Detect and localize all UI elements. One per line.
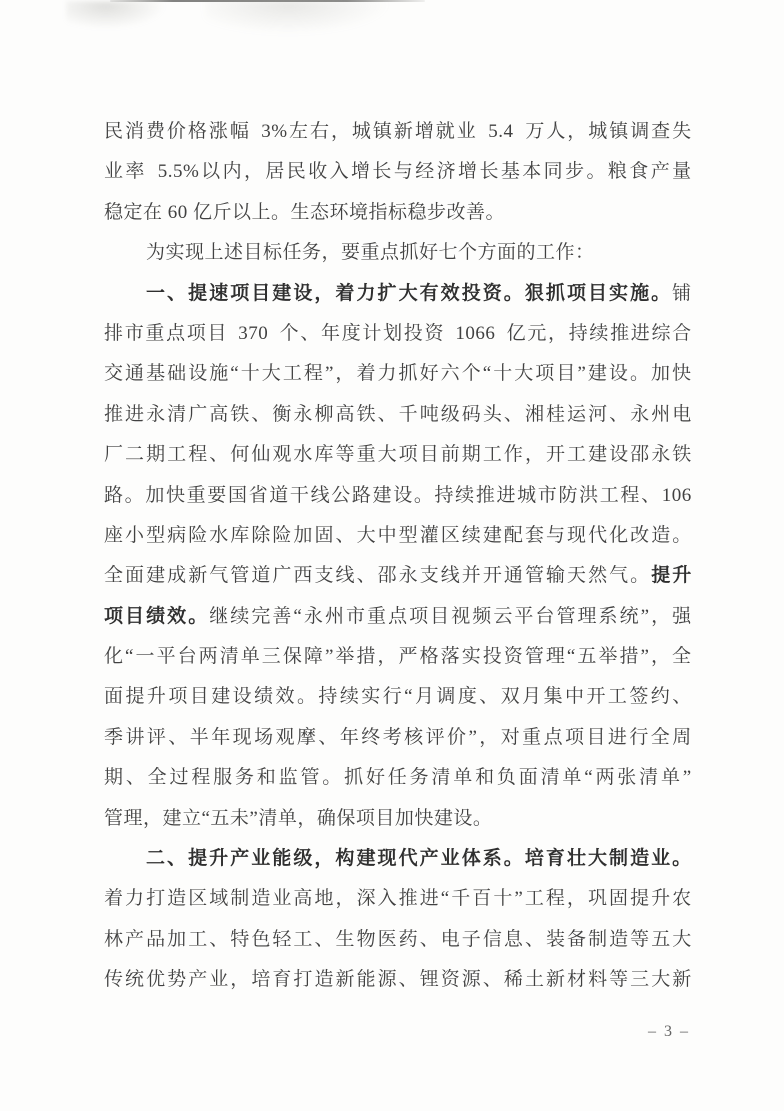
glyph: “ xyxy=(483,354,492,394)
glyph: 推 xyxy=(399,879,419,919)
glyph: 能 xyxy=(357,960,377,1000)
text-segment: 为实现上述目标任务，要重点抓好七个方面的工作： xyxy=(146,242,595,263)
glyph: 造 xyxy=(651,516,671,556)
text-line: 期、全过程服务和监管。抓好任务清单和负面清单“两张清单” xyxy=(104,758,692,798)
glyph: 、 xyxy=(525,920,545,960)
glyph: 制 xyxy=(609,839,629,879)
glyph: 目 xyxy=(190,677,210,717)
glyph: 。 xyxy=(297,677,317,717)
glyph: 业 xyxy=(441,839,461,879)
glyph: 通 xyxy=(504,556,524,596)
glyph: 划 xyxy=(383,314,403,354)
glyph: 续 xyxy=(589,314,609,354)
glyph: 运 xyxy=(567,395,587,435)
glyph: 观 xyxy=(272,435,292,475)
glyph: 进 xyxy=(631,314,651,354)
glyph: 永 xyxy=(304,597,324,637)
glyph: 摩 xyxy=(297,718,317,758)
glyph: 监 xyxy=(279,758,299,798)
glyph: 面 xyxy=(125,556,145,596)
glyph: 签 xyxy=(629,677,649,717)
glyph: 106 xyxy=(662,476,692,516)
glyph: 等 xyxy=(609,960,629,1000)
glyph: 永 xyxy=(399,556,419,596)
text-segment: 稳定在 60 亿斤以上。生态环境指标稳步改善。 xyxy=(104,202,505,223)
glyph: 固 xyxy=(609,879,629,919)
glyph: 平 xyxy=(514,597,534,637)
text-line: 业率5.5%以内，居民收入增长与经济增长基本同步。粮食产量 xyxy=(104,152,692,192)
glyph: 障 xyxy=(304,637,324,677)
glyph: 现 xyxy=(378,839,398,879)
glyph: 务 xyxy=(235,758,255,798)
glyph: 增 xyxy=(415,112,435,152)
glyph: 打 xyxy=(146,879,166,919)
glyph: 城 xyxy=(352,112,372,152)
glyph: 十 xyxy=(493,879,513,919)
glyph: 目 xyxy=(251,274,271,314)
glyph: 与 xyxy=(394,152,414,192)
glyph: 面 xyxy=(519,758,539,798)
glyph: 续 xyxy=(340,677,360,717)
glyph: 五 xyxy=(651,920,671,960)
glyph: 通 xyxy=(125,354,145,394)
glyph: 项 xyxy=(399,435,419,475)
glyph: 厂 xyxy=(104,435,124,475)
text-line: 着力打造区域制造业高地，深入推进“千百十”工程，巩固提升农 xyxy=(104,879,692,919)
glyph: 提 xyxy=(188,274,208,314)
glyph: 广 xyxy=(188,395,208,435)
glyph: 查 xyxy=(651,112,671,152)
glyph: 新 xyxy=(546,960,566,1000)
glyph: 化 xyxy=(104,637,124,677)
glyph: 项 xyxy=(535,354,555,394)
glyph: 力 xyxy=(125,879,145,919)
glyph: 清 xyxy=(639,758,659,798)
glyph: 工 xyxy=(188,920,208,960)
glyph: 推 xyxy=(476,476,496,516)
glyph: 新 xyxy=(394,112,414,152)
glyph: 气 xyxy=(209,556,229,596)
text-line: 项目绩效。继续完善“永州市重点项目视频云平台管理系统”，强 xyxy=(104,597,692,637)
glyph: 行 xyxy=(383,677,403,717)
glyph: 续 xyxy=(455,476,475,516)
glyph: 基 xyxy=(146,354,166,394)
glyph: 工 xyxy=(483,435,503,475)
glyph: 永 xyxy=(651,435,671,475)
glyph: 5.4 xyxy=(488,112,513,152)
glyph: 周 xyxy=(672,718,692,758)
glyph: 业 xyxy=(457,112,477,152)
text-line: 林产品加工、特色轻工、生物医药、电子信息、装备制造等五大 xyxy=(104,920,692,960)
glyph: 持 xyxy=(318,677,338,717)
glyph: 域 xyxy=(209,879,229,919)
glyph: 工 xyxy=(167,435,187,475)
glyph: “ xyxy=(567,637,576,677)
glyph: 灌 xyxy=(420,516,440,556)
glyph: 行 xyxy=(629,718,649,758)
glyph: 培 xyxy=(251,960,271,1000)
text-line: 一、提速项目建设，着力扩大有效投资。狠抓项目实施。铺 xyxy=(104,274,692,314)
glyph: 水 xyxy=(293,435,313,475)
glyph: 、 xyxy=(336,516,356,556)
glyph: 核 xyxy=(404,718,424,758)
glyph: 级 xyxy=(293,839,313,879)
glyph: 施 xyxy=(630,274,650,314)
glyph: 小 xyxy=(125,516,145,556)
glyph: 统 xyxy=(620,597,640,637)
glyph: 六 xyxy=(441,354,461,394)
glyph: 十 xyxy=(493,354,513,394)
glyph: 措 xyxy=(619,637,639,677)
glyph: 。 xyxy=(672,516,692,556)
glyph: 评 xyxy=(426,718,446,758)
glyph: 本 xyxy=(522,152,542,192)
glyph: 新 xyxy=(188,556,208,596)
glyph: 然 xyxy=(588,556,608,596)
glyph: 产 xyxy=(188,960,208,1000)
glyph: 改 xyxy=(630,516,650,556)
glyph: 加 xyxy=(167,920,187,960)
glyph: ， xyxy=(336,879,356,919)
glyph: 中 xyxy=(378,516,398,556)
glyph: 继 xyxy=(209,597,229,637)
glyph: 月 xyxy=(522,677,542,717)
glyph: 加 xyxy=(145,476,165,516)
glyph: 格 xyxy=(188,112,208,152)
glyph: 。 xyxy=(630,556,650,596)
glyph: 云 xyxy=(493,597,513,637)
glyph: 三 xyxy=(262,637,282,677)
glyph: 率 xyxy=(125,152,145,192)
glyph: 城 xyxy=(588,112,608,152)
glyph: 快 xyxy=(672,354,692,394)
glyph: 二 xyxy=(125,435,145,475)
glyph: 、 xyxy=(357,556,377,596)
glyph: ， xyxy=(244,152,264,192)
glyph: 传 xyxy=(104,960,124,1000)
glyph: 、 xyxy=(251,395,271,435)
glyph: 、 xyxy=(483,960,503,1000)
glyph: 强 xyxy=(672,597,692,637)
glyph xyxy=(269,314,278,354)
text-line: 面提升项目建设绩效。持续实行“月调度、双月集中开工签约、 xyxy=(104,677,692,717)
glyph: 个 xyxy=(462,354,482,394)
glyph: “ xyxy=(293,597,302,637)
glyph: 1066 xyxy=(455,314,495,354)
glyph: 居 xyxy=(265,152,285,192)
text-line: 民消费价格涨幅3%左右，城镇新增就业5.4万人，城镇调查失 xyxy=(104,112,692,152)
glyph: 州 xyxy=(651,395,671,435)
glyph: 期 xyxy=(146,435,166,475)
glyph: 深 xyxy=(357,879,377,919)
glyph: 工 xyxy=(293,920,313,960)
glyph: 构 xyxy=(335,839,355,879)
glyph: 全 xyxy=(651,718,671,758)
glyph: 镇 xyxy=(373,112,393,152)
glyph: 、 xyxy=(168,718,188,758)
glyph: 理 xyxy=(578,597,598,637)
glyph: 、 xyxy=(504,395,524,435)
glyph: 提 xyxy=(630,879,650,919)
glyph: 千 xyxy=(399,395,419,435)
glyph: 视 xyxy=(451,597,471,637)
glyph: 提 xyxy=(125,677,145,717)
glyph: 持 xyxy=(569,314,589,354)
glyph: 五 xyxy=(577,637,597,677)
glyph: 建 xyxy=(272,274,292,314)
glyph: 物 xyxy=(357,920,377,960)
text-line: 稳定在 60 亿斤以上。生态环境指标稳步改善。 xyxy=(104,193,692,233)
page-number: – 3 – xyxy=(648,1022,690,1042)
glyph: 抓 xyxy=(546,274,566,314)
text-line: 排市重点项目370个、年度计划投资1066亿元，持续推进综合 xyxy=(104,314,692,354)
glyph: 大 xyxy=(262,354,282,394)
glyph: 力 xyxy=(356,274,376,314)
glyph: 高 xyxy=(209,395,229,435)
glyph: 终 xyxy=(361,718,381,758)
glyph: 务 xyxy=(410,758,430,798)
glyph: “ xyxy=(230,354,239,394)
glyph: 提 xyxy=(188,839,208,879)
glyph: 、 xyxy=(167,839,187,879)
glyph: 药 xyxy=(399,920,419,960)
glyph: 月 xyxy=(415,677,435,717)
glyph: 西 xyxy=(293,556,313,596)
glyph: 资 xyxy=(441,960,461,1000)
glyph: 消 xyxy=(125,112,145,152)
glyph xyxy=(228,314,237,354)
glyph: 考 xyxy=(383,718,403,758)
glyph: 体 xyxy=(462,839,482,879)
glyph: 施 xyxy=(209,354,229,394)
glyph: “ xyxy=(584,758,593,798)
glyph: 级 xyxy=(441,395,461,435)
glyph: 张 xyxy=(617,758,637,798)
glyph: 着 xyxy=(335,274,355,314)
glyph: 高 xyxy=(336,395,356,435)
glyph: 开 xyxy=(483,556,503,596)
glyph: 装 xyxy=(546,920,566,960)
glyph: 。 xyxy=(414,476,434,516)
glyph: 资 xyxy=(504,637,524,677)
glyph: 元 xyxy=(527,314,547,354)
glyph: 3% xyxy=(261,112,287,152)
glyph: 目 xyxy=(207,314,227,354)
glyph: 工 xyxy=(567,435,587,475)
glyph: 续 xyxy=(230,597,250,637)
glyph: 讲 xyxy=(125,718,145,758)
glyph: 项 xyxy=(230,274,250,314)
glyph: 过 xyxy=(169,758,189,798)
glyph: ， xyxy=(314,839,334,879)
glyph: 加 xyxy=(293,516,313,556)
glyph: 程 xyxy=(620,476,640,516)
glyph: 市 xyxy=(538,476,558,516)
glyph: 大 xyxy=(399,274,419,314)
glyph: 程 xyxy=(546,879,566,919)
glyph: 制 xyxy=(230,879,250,919)
glyph: 项 xyxy=(567,274,587,314)
glyph: 。 xyxy=(322,758,342,798)
glyph: 步 xyxy=(565,152,585,192)
glyph: 狠 xyxy=(525,274,545,314)
glyph: 路 xyxy=(352,476,372,516)
glyph: 项 xyxy=(187,314,207,354)
glyph: 城 xyxy=(517,476,537,516)
glyph: 推 xyxy=(104,395,124,435)
glyph: 续 xyxy=(462,516,482,556)
glyph: 源 xyxy=(462,960,482,1000)
glyph: 清 xyxy=(541,758,561,798)
glyph: 清 xyxy=(167,395,187,435)
glyph: 、 xyxy=(300,314,320,354)
glyph: 育 xyxy=(546,839,566,879)
glyph: 国 xyxy=(228,476,248,516)
glyph: 要 xyxy=(207,476,227,516)
glyph: 资 xyxy=(483,274,503,314)
glyph: 套 xyxy=(525,516,545,556)
glyph: 建 xyxy=(588,435,608,475)
glyph: 5.5% xyxy=(158,152,200,192)
glyph: 险 xyxy=(188,516,208,556)
glyph: 单 xyxy=(562,758,582,798)
glyph: ， xyxy=(230,960,250,1000)
glyph: ” xyxy=(468,718,477,758)
glyph: 育 xyxy=(272,960,292,1000)
glyph: 工 xyxy=(600,476,620,516)
glyph: 道 xyxy=(269,476,289,516)
glyph: 新 xyxy=(672,960,692,1000)
glyph: ， xyxy=(548,314,568,354)
glyph: 、 xyxy=(672,677,692,717)
glyph: 。 xyxy=(125,476,145,516)
glyph: 度 xyxy=(458,677,478,717)
glyph: 项 xyxy=(409,597,429,637)
glyph: 负 xyxy=(497,758,517,798)
glyph: 信 xyxy=(483,920,503,960)
glyph: 重 xyxy=(522,718,542,758)
glyph: 度 xyxy=(342,314,362,354)
glyph: 柳 xyxy=(314,395,334,435)
glyph: 现 xyxy=(567,516,587,556)
glyph: 效 xyxy=(167,597,187,637)
glyph: 湘 xyxy=(525,395,545,435)
glyph: 电 xyxy=(672,395,692,435)
glyph: ， xyxy=(651,637,671,677)
glyph: 期 xyxy=(462,435,482,475)
glyph: 量 xyxy=(672,152,692,192)
glyph: 产 xyxy=(651,152,671,192)
glyph: 产 xyxy=(230,839,250,879)
glyph: 代 xyxy=(399,839,419,879)
glyph: 座 xyxy=(104,516,124,556)
glyph: 建 xyxy=(373,476,393,516)
glyph: ” xyxy=(683,758,692,798)
glyph: 重 xyxy=(357,435,377,475)
glyph: 完 xyxy=(251,597,271,637)
glyph: 培 xyxy=(525,839,545,879)
glyph: 能 xyxy=(272,839,292,879)
glyph: 、 xyxy=(318,718,338,758)
glyph: 收 xyxy=(308,152,328,192)
glyph: 升 xyxy=(651,879,671,919)
glyph: 巩 xyxy=(588,879,608,919)
glyph: 。 xyxy=(188,597,208,637)
glyph: 、 xyxy=(609,395,629,435)
glyph: 天 xyxy=(567,556,587,596)
glyph: 进 xyxy=(608,718,628,758)
glyph: 落 xyxy=(441,637,461,677)
glyph: 现 xyxy=(233,718,253,758)
glyph: 建 xyxy=(588,354,608,394)
glyph: 开 xyxy=(546,435,566,475)
glyph: 型 xyxy=(399,516,419,556)
glyph: 民 xyxy=(104,112,124,152)
glyph: 年 xyxy=(211,718,231,758)
glyph: 升 xyxy=(209,839,229,879)
glyph: 气 xyxy=(609,556,629,596)
glyph: 镇 xyxy=(609,112,629,152)
glyph: 设 xyxy=(393,476,413,516)
glyph: 库 xyxy=(314,435,334,475)
glyph: 内 xyxy=(223,152,243,192)
glyph: 永 xyxy=(146,395,166,435)
glyph: 路 xyxy=(104,476,124,516)
text-segment: 管理，建立“五未”清单，确保项目加快建设。 xyxy=(104,808,492,829)
glyph: 有 xyxy=(420,274,440,314)
glyph: 快 xyxy=(166,476,186,516)
glyph: 特 xyxy=(230,920,250,960)
glyph: 实 xyxy=(609,274,629,314)
glyph: 长 xyxy=(372,152,392,192)
glyph: 着 xyxy=(356,354,376,394)
text-line: 为实现上述目标任务，要重点抓好七个方面的工作： xyxy=(104,233,692,273)
text-line: 季讲评、半年现场观摩、年终考核评价”，对重点项目进行全周 xyxy=(104,718,692,758)
glyph: 建 xyxy=(483,516,503,556)
glyph: 林 xyxy=(104,920,124,960)
glyph: 、 xyxy=(209,920,229,960)
glyph: “ xyxy=(125,637,134,677)
glyph: 单 xyxy=(661,758,681,798)
glyph: 固 xyxy=(314,516,334,556)
glyph: 作 xyxy=(504,435,524,475)
glyph: 三 xyxy=(630,960,650,1000)
glyph xyxy=(445,314,454,354)
glyph: 大 xyxy=(514,354,534,394)
text-line: 路。加快重要国省道干线公路建设。持续推进城市防洪工程、106 xyxy=(104,476,692,516)
glyph: 开 xyxy=(586,677,606,717)
glyph: 。 xyxy=(651,274,671,314)
glyph: 子 xyxy=(462,920,482,960)
glyph: 势 xyxy=(167,960,187,1000)
glyph: ” xyxy=(641,637,650,677)
glyph: 和 xyxy=(257,758,277,798)
glyph: 目 xyxy=(588,274,608,314)
glyph: 品 xyxy=(146,920,166,960)
glyph: 扩 xyxy=(378,274,398,314)
glyph: 区 xyxy=(441,516,461,556)
glyph: ” xyxy=(514,879,523,919)
text-line: 厂二期工程、何仙观水库等重大项目前期工作，开工建设邵永铁 xyxy=(104,435,692,475)
glyph: 新 xyxy=(336,960,356,1000)
glyph: 息 xyxy=(504,920,524,960)
glyph: 大 xyxy=(672,920,692,960)
glyph: 医 xyxy=(378,920,398,960)
glyph: 绩 xyxy=(254,677,274,717)
glyph: 州 xyxy=(325,597,345,637)
glyph: “ xyxy=(404,677,413,717)
glyph: 基 xyxy=(501,152,521,192)
